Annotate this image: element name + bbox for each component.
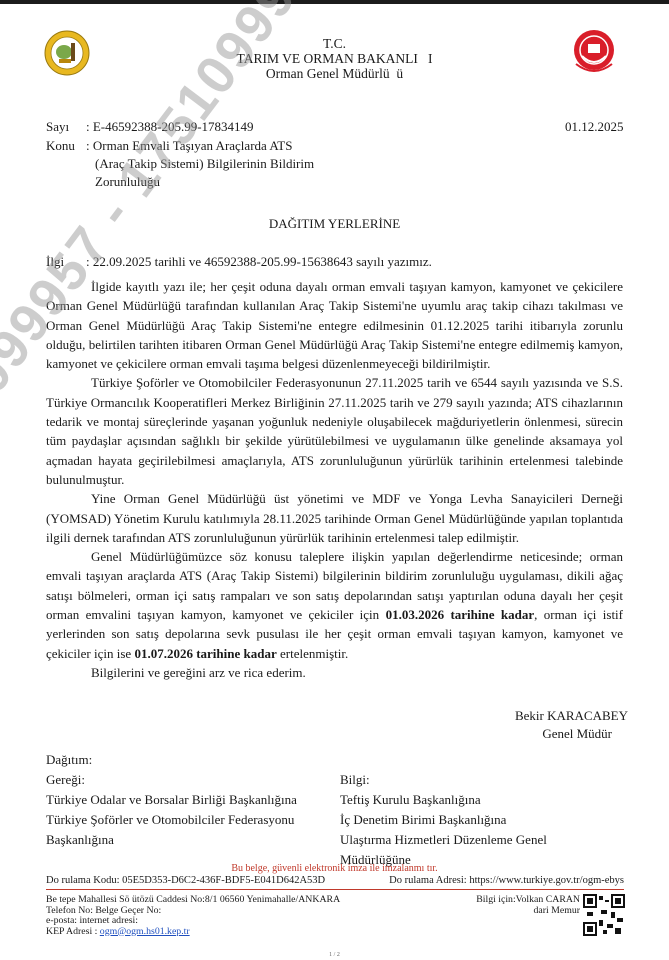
paragraph-5: Bilgilerini ve gereğini arz ve rica eder… [46,663,623,682]
gereği-item: Türkiye Şoförler ve Otomobilciler Federa… [46,810,326,830]
footer-divider [46,889,624,890]
page-number: 1 / 2 [0,952,669,958]
ilgi-value: : 22.09.2025 tarihli ve 46592388-205.99-… [86,253,432,271]
kep-link[interactable]: ogm@ogm.hs01.kep.tr [100,926,190,937]
kep-label: KEP Adresi : [46,926,100,937]
konu-line-2: (Araç Takip Sistemi) Bilgilerinin Bildir… [95,155,314,173]
info-role: dari Memur [430,906,580,917]
footer-info-block: Bilgi için:Volkan CARAN dari Memur [430,895,580,916]
verification-address[interactable]: Do rulama Adresi: https://www.turkiye.go… [389,875,624,886]
signature-block: Bekir KARACABEY Genel Müdür [460,707,640,743]
paragraph-1: İlgide kayıtlı yazı ile; her çeşit oduna… [46,277,623,373]
kep-line: KEP Adresi : ogm@ogm.hs01.kep.tr [46,927,406,938]
header-ministry: TARIM VE ORMAN BAKANLI I [0,51,669,66]
konu-line-3: Zorunluluğu [95,173,160,191]
konu-label: Konu [46,137,75,155]
paragraph-4-text-c: ertelenmiştir. [277,646,348,661]
distribution-gerekli: Dağıtım: Gereği: Türkiye Odalar ve Borsa… [46,750,326,850]
header-tc: T.C. [0,36,669,51]
footer-address-block: Be tepe Mahallesi Sö ütözü Caddesi No:8/… [46,895,406,937]
paragraph-2: Türkiye Şoförler ve Otomobilciler Federa… [46,373,623,489]
deadline-2: 01.07.2026 tarihine kadar [134,646,276,661]
paragraph-4: Genel Müdürlüğümüzce söz konusu talepler… [46,547,623,663]
bilgi-item: İç Denetim Birimi Başkanlığına [340,810,630,830]
distribution-title: Dağıtım: [46,750,326,770]
gereği-label: Gereği: [46,770,326,790]
info-contact: Bilgi için:Volkan CARAN [430,895,580,906]
gereği-item: Türkiye Odalar ve Borsalar Birliği Başka… [46,790,326,810]
konu-line-1: : Orman Emvali Taşıyan Araçlarda ATS [86,137,292,155]
recipient-heading: DAĞITIM YERLERİNE [0,215,669,233]
ilgi-label: İlgi [46,253,64,271]
bilgi-item: Teftiş Kurulu Başkanlığına [340,790,630,810]
header-directorate: Orman Genel Müdürlü ü [0,66,669,81]
sayi-value: : E-46592388-205.99-17834149 [86,118,254,136]
deadline-1: 01.03.2026 tarihine kadar [386,607,535,622]
bilgi-item: Ulaştırma Hizmetleri Düzenleme Genel [340,830,630,850]
document-date: 01.12.2025 [565,118,624,136]
qr-code-icon [583,894,625,936]
document-page: T.C. TARIM VE ORMAN BAKANLI I Orman Gene… [0,4,669,960]
distribution-bilgi: Bilgi: Teftiş Kurulu Başkanlığına İç Den… [340,770,630,870]
paragraph-3: Yine Orman Genel Müdürlüğü üst yönetimi … [46,489,623,547]
signatory-name: Bekir KARACABEY [460,707,640,725]
bilgi-label: Bilgi: [340,770,630,790]
letter-body: İlgide kayıtlı yazı ile; her çeşit oduna… [46,277,623,682]
verification-code: Do rulama Kodu: 05E5D353-D6C2-436F-BDF5-… [46,875,325,886]
letterhead: T.C. TARIM VE ORMAN BAKANLI I Orman Gene… [0,36,669,81]
esign-notice: Bu belge, güvenli elektronik imza ile im… [0,863,669,874]
gereği-item: Başkanlığına [46,830,326,850]
verification-line: Do rulama Kodu: 05E5D353-D6C2-436F-BDF5-… [46,875,624,886]
address-line: Be tepe Mahallesi Sö ütözü Caddesi No:8/… [46,895,406,906]
sayi-label: Sayı [46,118,69,136]
signatory-title: Genel Müdür [460,725,640,743]
